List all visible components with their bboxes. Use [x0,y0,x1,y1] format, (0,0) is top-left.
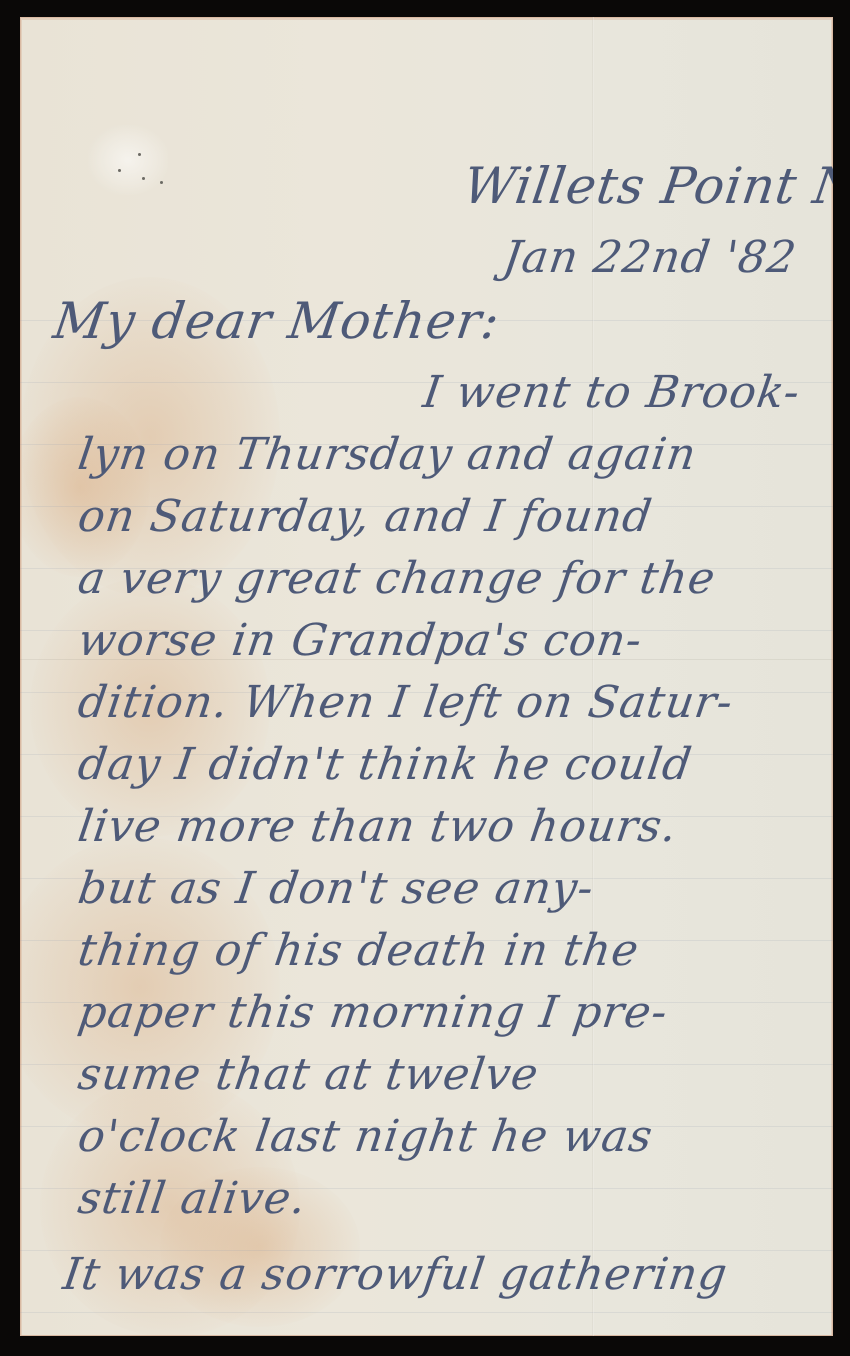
body-line: on Saturday, and I found [75,491,656,542]
body-line: o'clock last night he was [75,1111,656,1162]
water-stain [20,397,150,577]
body-line: day I didn't think he could [75,739,695,790]
body-line: sume that at twelve [75,1049,542,1100]
letter-place: Willets Point N.Y.H. [460,157,833,215]
letter-page: Willets Point N.Y.H. Jan 22nd '82 My dea… [20,17,833,1336]
letter-date: Jan 22nd '82 [500,232,800,283]
body-line: worse in Grandpa's con- [75,615,646,666]
body-line: lyn on Thursday and again [75,429,700,480]
body-line: paper this morning I pre- [75,987,671,1038]
body-line: thing of his death in the [75,925,642,976]
body-line: live more than two hours. [75,801,681,852]
salutation: My dear Mother: [50,292,504,350]
body-line: a very great change for the [75,553,719,604]
body-line: It was a sorrowful gathering [60,1249,731,1300]
body-line: but as I don't see any- [75,863,597,914]
body-line: still alive. [75,1173,310,1224]
body-line: I went to Brook- [420,367,804,418]
embossed-stamp [88,125,168,195]
body-line: dition. When I left on Satur- [75,677,736,728]
